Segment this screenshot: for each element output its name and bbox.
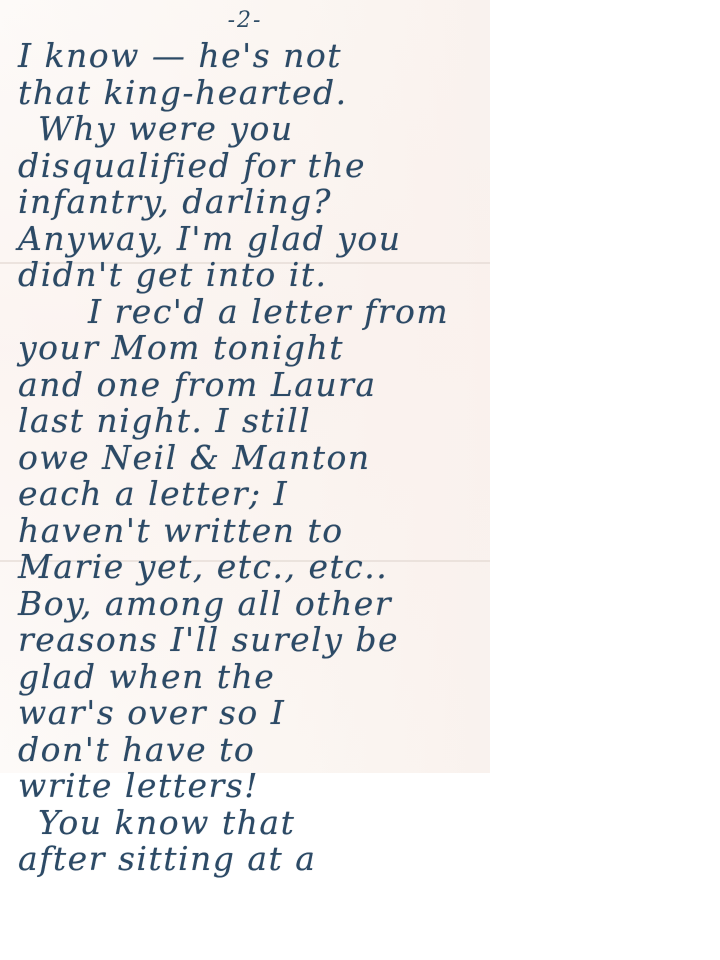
text-line: You know that xyxy=(18,805,488,842)
text-line: owe Neil & Manton xyxy=(18,440,488,477)
text-line: haven't written to xyxy=(18,513,488,550)
text-line: don't have to xyxy=(18,732,488,769)
text-line: that king-hearted. xyxy=(18,75,488,112)
letter-page: -2- I know — he's not that king-hearted.… xyxy=(0,0,490,773)
text-line: reasons I'll surely be xyxy=(18,622,488,659)
page-number: -2- xyxy=(205,8,285,33)
text-line: war's over so I xyxy=(18,695,488,732)
text-line: write letters! xyxy=(18,768,488,805)
text-line: I rec'd a letter from xyxy=(18,294,488,331)
text-line: Marie yet, etc., etc.. xyxy=(18,549,488,586)
text-line: after sitting at a xyxy=(18,841,488,878)
handwritten-text: I know — he's not that king-hearted. Why… xyxy=(18,38,488,878)
text-line: Why were you xyxy=(18,111,488,148)
text-line: and one from Laura xyxy=(18,367,488,404)
text-line: Boy, among all other xyxy=(18,586,488,623)
text-line: infantry, darling? xyxy=(18,184,488,221)
text-line: Anyway, I'm glad you xyxy=(18,221,488,258)
text-line: disqualified for the xyxy=(18,148,488,185)
text-line: last night. I still xyxy=(18,403,488,440)
text-line: your Mom tonight xyxy=(18,330,488,367)
text-line: glad when the xyxy=(18,659,488,696)
text-line: each a letter; I xyxy=(18,476,488,513)
text-line: didn't get into it. xyxy=(18,257,488,294)
text-line: I know — he's not xyxy=(18,38,488,75)
